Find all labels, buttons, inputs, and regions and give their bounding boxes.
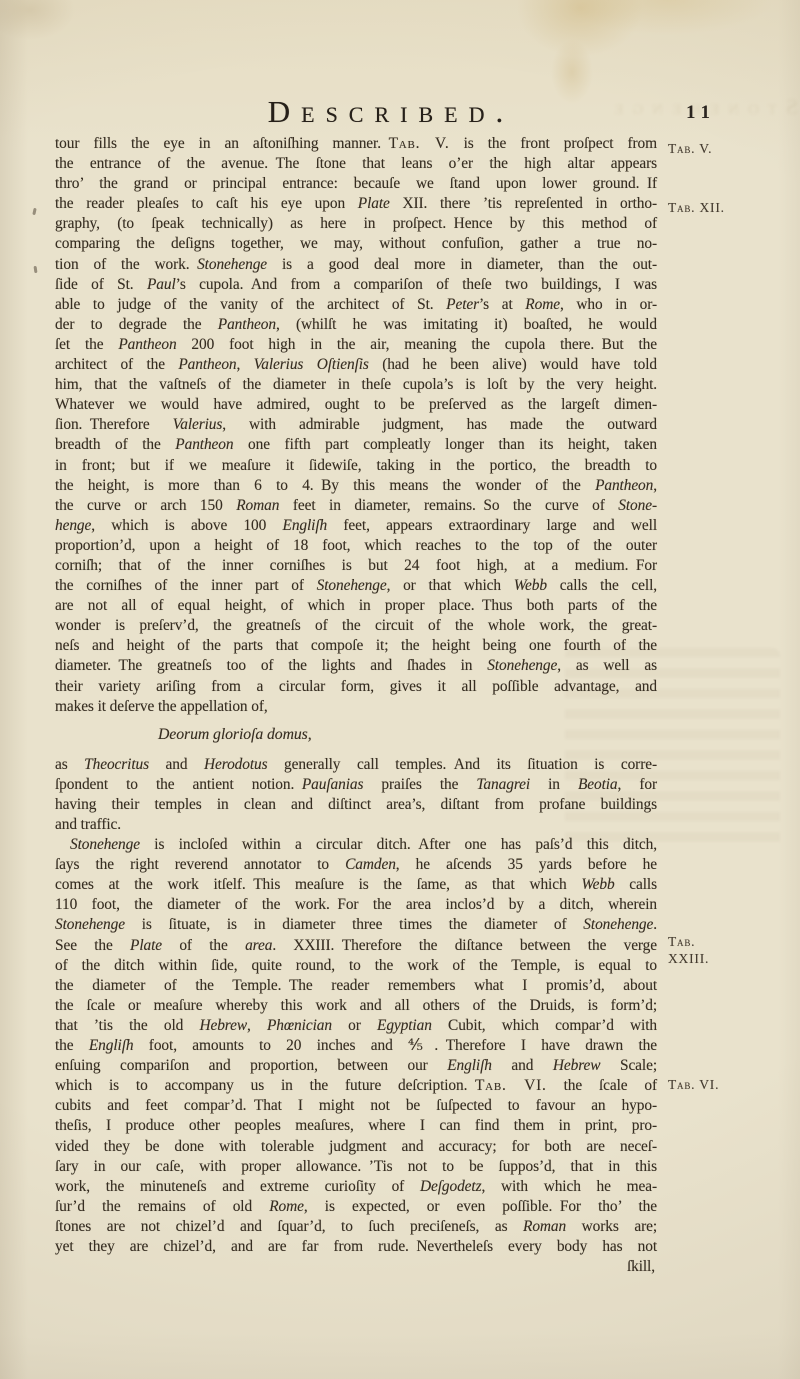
text-line: cubits and feet compar’d. That I might n… [55,1096,657,1116]
text-line: their variety ariſing from a circular fo… [55,677,657,697]
text-line: having their temples in clean and diſtin… [55,795,657,815]
text-line: are not all of equal height, of which in… [55,596,657,616]
body-text: tour fills the eye in an aſtoniſhing man… [55,134,657,1277]
paper-speck [32,208,36,215]
text-line: wonder is preſerv’d, the greatneſs of th… [55,616,657,636]
text-line: theſis, I produce other peoples meaſures… [55,1116,657,1136]
margin-note-line: XXIII. [668,951,709,966]
page-number: 11 [686,102,716,124]
text-line: ſpondent to the antient notion. Pauſania… [55,775,657,795]
text-line: graphy, (to ſpeak technically) as here i… [55,214,657,234]
text-line: the entrance of the avenue. The ſtone th… [55,154,657,174]
text-line: breadth of the Pantheon one fifth part c… [55,435,657,455]
book-page: Stonehenge Described. 11 tour fills the … [0,0,800,1379]
text-line: diameter. The greatneſs too of the light… [55,656,657,676]
text-line: der to degrade the Pantheon, (whilſt he … [55,315,657,335]
text-line: enſuing compariſon and proportion, betwe… [55,1056,657,1076]
margin-note-tab-xxiii: Tab. XXIII. [668,933,788,967]
text-line: and traffic. [55,815,657,835]
text-line: the height, is more than 6 to 4. By this… [55,476,657,496]
text-line: in front; but if we meaſure it ſidewiſe,… [55,456,657,476]
paragraph-1-continued: as Theocritus and Herodotus generally ca… [55,755,657,835]
text-line: the corniſhes of the inner part of Stone… [55,576,657,596]
text-line: that ’tis the old Hebrew, Phœnician or E… [55,1016,657,1036]
text-line: work, the minuteneſs and extreme curioſi… [55,1177,657,1197]
paper-speck [34,266,38,273]
latin-quote: Deorum glorioſa domus, [158,725,657,745]
text-line: the reader pleaſes to caſt his eye upon … [55,194,657,214]
text-line: ſion. Therefore Valerius, with admirable… [55,415,657,435]
text-line: makes it deſerve the appellation of, [55,697,657,717]
text-line: him, that the vaſtneſs of the diameter i… [55,375,657,395]
text-line: tour fills the eye in an aſtoniſhing man… [55,134,657,154]
text-line: able to judge of the vanity of the archi… [55,295,657,315]
text-line: henge, which is above 100 Engliſh feet, … [55,516,657,536]
text-line: See the Plate of the area. XXIII. Theref… [55,936,657,956]
text-line: the diameter of the Temple. The reader r… [55,976,657,996]
text-line: vided they be done with tolerable judgme… [55,1137,657,1157]
text-line: Stonehenge is ſituate, is in diameter th… [55,915,657,935]
running-header: Described. [55,94,657,130]
margin-note-tab-xii: Tab. XII. [668,199,788,216]
text-line: of the ditch within ſide, quite round, t… [55,956,657,976]
text-line: as Theocritus and Herodotus generally ca… [55,755,657,775]
text-line: yet they are chizel’d, and are far from … [55,1237,657,1257]
text-line: ſide of St. Paul’s cupola. And from a co… [55,275,657,295]
paragraph-2: Stonehenge is incloſed within a circular… [55,835,657,1257]
margin-note-tab-vi: Tab. VI. [668,1076,788,1093]
text-line: ſary in our caſe, with proper allowance.… [55,1157,657,1177]
text-line: Stonehenge is incloſed within a circular… [55,835,657,855]
text-line: which is to accompany us in the future d… [55,1076,657,1096]
text-line: ſur’d the remains of old Rome, is expect… [55,1197,657,1217]
catchword: ſkill, [55,1257,657,1277]
text-line: thro’ the grand or principal entrance: b… [55,174,657,194]
text-line: neſs and height of the parts that compoſ… [55,636,657,656]
text-line: proportion’d, upon a height of 18 foot, … [55,536,657,556]
text-line: the curve or arch 150 Roman feet in diam… [55,496,657,516]
text-line: the Engliſh foot, amounts to 20 inches a… [55,1036,657,1056]
text-line: tion of the work. Stonehenge is a good d… [55,255,657,275]
page-title: Described. [268,94,515,129]
text-line: Whatever we would have admired, ought to… [55,395,657,415]
text-line: comparing the deſigns together, we may, … [55,234,657,254]
paragraph-1: tour fills the eye in an aſtoniſhing man… [55,134,657,717]
text-line: 110 foot, the diameter of the work. For … [55,895,657,915]
text-line: ſays the right reverend annotator to Cam… [55,855,657,875]
text-line: architect of the Pantheon, Valerius Oſti… [55,355,657,375]
margin-note-line: Tab. [668,934,695,949]
text-line: ſtones are not chizel’d and ſquar’d, to … [55,1217,657,1237]
text-line: corniſh; that of the inner corniſhes is … [55,556,657,576]
margin-note-tab-v: Tab. V. [668,140,788,157]
text-line: the ſcale or meaſure whereby this work a… [55,996,657,1016]
text-line: ſet the Pantheon 200 foot high in the ai… [55,335,657,355]
text-line: comes at the work itſelf. This meaſure i… [55,875,657,895]
